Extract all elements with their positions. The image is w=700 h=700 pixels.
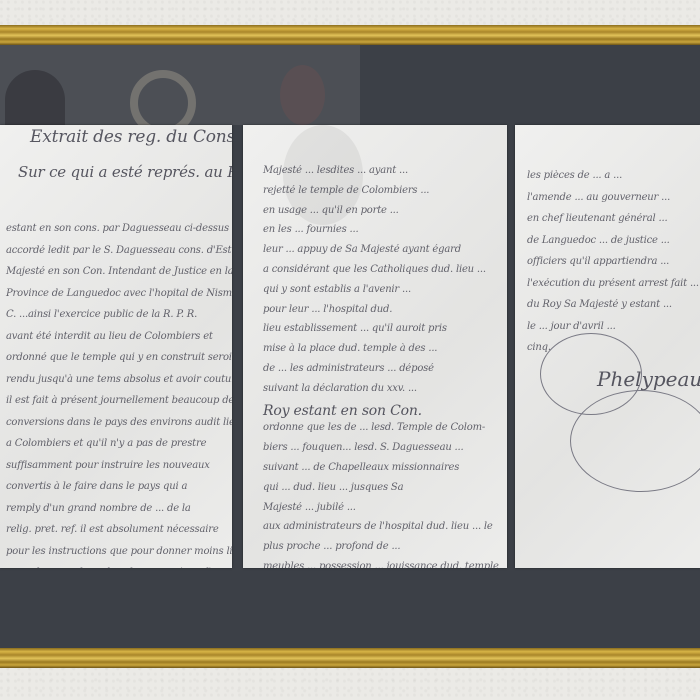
manuscript-line: a considérant que les Catholiques dud. l… <box>263 264 486 275</box>
manuscript-line: meubles ... possession ... jouissance du… <box>263 561 499 568</box>
frame-gold-bottom <box>0 648 700 668</box>
manuscript-line: pour les instructions que pour donner mo… <box>6 546 232 557</box>
manuscript-line: rendu jusqu'à une tems absolus et avoir … <box>6 374 232 385</box>
manuscript-line: Majesté ... lesdites ... ayant ... <box>263 165 408 176</box>
glass-reflection <box>0 45 360 125</box>
manuscript-line: qui ... dud. lieu ... jusques Sa <box>263 482 403 493</box>
manuscript-line: il est fait à présent journellement beau… <box>6 395 232 406</box>
manuscript-line: suivant la déclaration du xxv. ... <box>263 383 417 394</box>
manuscript-line: en les ... fournies ... <box>263 224 358 235</box>
manuscript-line: relig. pret. ref. il est absolument néce… <box>6 524 219 535</box>
manuscript-line: remply d'un grand nombre de ... de la <box>6 503 191 514</box>
manuscript-line: conversions dans le pays des environs au… <box>6 417 232 428</box>
manuscript-line: Roy estant en son Con. <box>263 403 422 419</box>
manuscript-page-2: Majesté ... lesdites ... ayant ...rejett… <box>243 125 507 568</box>
manuscript-line: suivant ... de Chapelleaux missionnaires <box>263 462 459 473</box>
manuscript-line: plus proche ... profond de ... <box>263 541 400 552</box>
manuscript-line: Majesté ... jubilé ... <box>263 502 356 513</box>
manuscript-line: accordé ledit par le S. Daguesseau cons.… <box>6 245 232 256</box>
manuscript-line: en usage ... qu'il en porte ... <box>263 205 399 216</box>
manuscript-line: en chef lieutenant général ... <box>527 213 667 224</box>
manuscript-line: leur ... appuy de Sa Majesté ayant égard <box>263 244 461 255</box>
manuscript-line: aux administrateurs de l'hospital dud. l… <box>263 521 493 532</box>
manuscript-line: l'amende ... au gouverneur ... <box>527 192 670 203</box>
manuscript-line: Province de Languedoc avec l'hopital de … <box>6 288 232 299</box>
manuscript-line: de Languedoc ... de justice ... <box>527 235 670 246</box>
manuscript-line: rejetté le temple de Colombiers ... <box>263 185 429 196</box>
manuscript-line: avant été interdit au lieu de Colombiers… <box>6 331 213 342</box>
manuscript-line: l'exécution du présent arrest fait ... <box>527 278 699 289</box>
manuscript-line: C. ...ainsi l'exercice public de la R. P… <box>6 309 197 320</box>
manuscript-line: qui y sont establis a l'avenir ... <box>263 284 411 295</box>
manuscript-line: suffisamment pour instruire les nouveaux <box>6 460 210 471</box>
signature-flourish <box>570 390 700 492</box>
manuscript-line: du Roy Sa Majesté y estant ... <box>527 299 672 310</box>
manuscript-page-3: les pièces de ... a ...l'amende ... au g… <box>515 125 700 568</box>
manuscript-line: pour leur ... l'hospital dud. <box>263 304 392 315</box>
manuscript-line: lieu establissement ... qu'il auroit pri… <box>263 323 447 334</box>
manuscript-line: estant en son cons. par Daguesseau ci-de… <box>6 223 229 234</box>
manuscript-line: biers ... fouquen... lesd. S. Daguesseau… <box>263 442 464 453</box>
page-heading: Extrait des reg. du Cons. d'Estat <box>30 127 232 147</box>
manuscript-line: officiers qu'il appartiendra ... <box>527 256 669 267</box>
manuscript-line: le ... jour d'avril ... <box>527 321 616 332</box>
manuscript-line: mise à la place dud. temple à des ... <box>263 343 437 354</box>
manuscript-line: a Colombiers et qu'il n'y a pas de prest… <box>6 438 206 449</box>
page-subheading: Sur ce qui a esté représ. au Roy <box>18 163 232 181</box>
manuscript-line: ordonné que le temple qui y en construit… <box>6 352 232 363</box>
signature: Phelypeaux <box>597 367 700 391</box>
manuscript-page-1: Extrait des reg. du Cons. d'Estat Sur ce… <box>0 125 232 568</box>
manuscript-line: convertis à le faire dans le pays qui a <box>6 481 187 492</box>
manuscript-line: ordonne que les de ... lesd. Temple de C… <box>263 422 485 433</box>
frame-gold-top <box>0 25 700 45</box>
manuscript-line: Majesté en son Con. Intendant de Justice… <box>6 266 232 277</box>
manuscript-line: a un plus grand nombre de conversions d'… <box>6 567 232 568</box>
manuscript-line: de ... les administrateurs ... déposé <box>263 363 434 374</box>
manuscript-line: les pièces de ... a ... <box>527 170 622 181</box>
